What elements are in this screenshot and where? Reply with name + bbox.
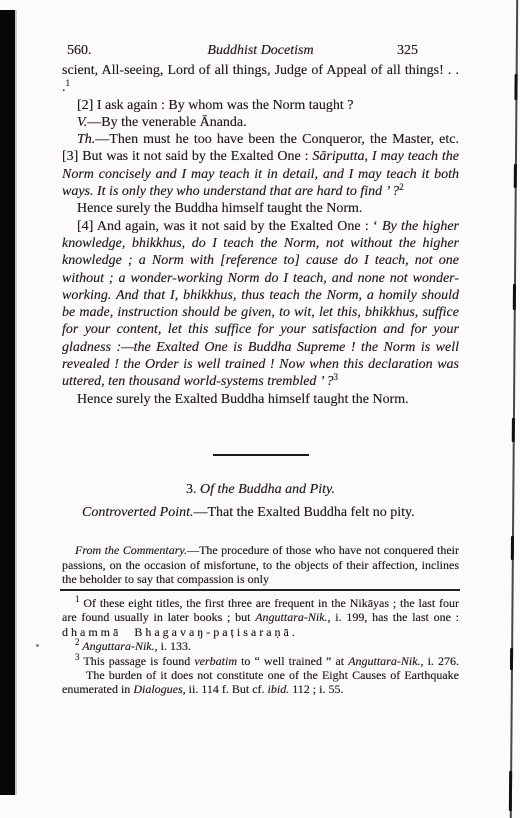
- scan-artifact-page-edge-line: [508, 0, 519, 818]
- controverted-label: Controverted Point.: [82, 505, 193, 520]
- body-text: [2] I ask again : By whom was the Norm t…: [77, 98, 353, 113]
- latin-term: ibid.: [268, 682, 290, 696]
- page-edge-dark-segment: [514, 74, 518, 100]
- scan-artifact-speck: [36, 644, 39, 647]
- section-divider-rule: [213, 454, 309, 456]
- paragraph-answer-v: V.—By the venerable Ānanda.: [62, 114, 459, 131]
- scanned-book-page: 560. Buddhist Docetism 325 scient, All-s…: [0, 0, 520, 818]
- paragraph-question-2: [2] I ask again : By whom was the Norm t…: [62, 97, 459, 114]
- page-edge-line: [510, 0, 518, 818]
- paragraph-question-4: [4] And again, was it not said by the Ex…: [62, 218, 459, 391]
- commentary-paragraph: From the Commentary.—The procedure of th…: [62, 543, 459, 587]
- work-title: Dialogues,: [133, 682, 185, 696]
- footnote-text: This passage is found: [80, 654, 195, 668]
- page-edge-dark-segment: [510, 648, 514, 670]
- page-edge-dark-segment: [514, 164, 518, 188]
- footnote-text: to “ well trained ” at: [237, 654, 348, 668]
- latin-term: verbatim: [194, 654, 237, 668]
- body-text: scient, All-seeing, Lord of all things, …: [62, 63, 459, 95]
- footnote-marker-3: 3: [334, 372, 339, 382]
- body-text: [4] And again, was it not said by the Ex…: [77, 219, 382, 234]
- controverted-text: —That the Exalted Buddha felt no pity.: [193, 505, 414, 520]
- paragraph-theravadin: Th.—Then must he too have been the Conqu…: [62, 131, 459, 200]
- work-title: Anguttara-Nik.,: [80, 639, 158, 653]
- footnote-2: 2 Anguttara-Nik., i. 133.: [62, 639, 459, 653]
- footnote-1: 1 Of these eight titles, the first three…: [62, 596, 459, 639]
- body-text: —By the venerable Ānanda.: [87, 115, 246, 130]
- footnote-text: 112 ; i. 55.: [289, 682, 343, 696]
- commentary-block: From the Commentary.—The procedure of th…: [62, 543, 459, 587]
- section-number: 3.: [186, 482, 200, 497]
- header-page-number: 325: [397, 43, 418, 59]
- footnote-3: 3 This passage is found verbatim to “ we…: [62, 654, 459, 697]
- footnote-marker-2: 2: [399, 182, 404, 192]
- running-header: 560. Buddhist Docetism 325: [62, 43, 459, 61]
- paragraph-hence-2: Hence surely the Exalted Buddha himself …: [62, 391, 459, 408]
- work-title: Anguttara-Nik.,: [348, 654, 423, 668]
- commentary-label: From the Commentary.: [75, 543, 187, 557]
- footnote-text: ii. 114 f. But cf.: [186, 682, 268, 696]
- controverted-point-block: Controverted Point.—That the Exalted Bud…: [62, 504, 459, 521]
- section-title: Of the Buddha and Pity.: [200, 482, 335, 497]
- page-edge-dark-segment: [512, 418, 516, 442]
- body-text: Hence surely the Exalted Buddha himself …: [77, 392, 409, 407]
- paragraph-hence-1: Hence surely the Buddha himself taught t…: [62, 200, 459, 217]
- pali-spaced-text: dhammā Bhagavaŋ-paṭisaraṇā.: [62, 625, 298, 639]
- footnote-rule: [60, 589, 460, 591]
- work-title: Anguttara-Nik.,: [255, 610, 330, 624]
- footnote-text: i. 133.: [158, 639, 191, 653]
- footnote-text: i. 199, has the last one :: [331, 610, 459, 624]
- page-edge-dark-segment: [509, 771, 513, 811]
- page-edge-dark-segment: [511, 536, 515, 560]
- section-divider-wrap: [62, 454, 459, 456]
- sutta-quote: By the higher knowledge, bhikkhus, do I …: [62, 219, 459, 390]
- section-heading: 3. Of the Buddha and Pity.: [62, 482, 459, 498]
- footnote-marker-1: 1: [66, 78, 71, 88]
- speaker-label: V.: [77, 115, 87, 130]
- body-text: Hence surely the Buddha himself taught t…: [77, 201, 362, 216]
- scan-artifact-left-binding-bar: [0, 10, 15, 795]
- footnote-text: i. 276.: [424, 654, 460, 668]
- page-edge-dark-segment: [513, 284, 517, 310]
- main-text-block: scient, All-seeing, Lord of all things, …: [62, 62, 459, 408]
- speaker-label: Th.: [77, 132, 95, 147]
- paragraph-continuation: scient, All-seeing, Lord of all things, …: [62, 62, 459, 97]
- controverted-point: Controverted Point.—That the Exalted Bud…: [62, 504, 459, 521]
- footnotes-block: 1 Of these eight titles, the first three…: [62, 596, 459, 697]
